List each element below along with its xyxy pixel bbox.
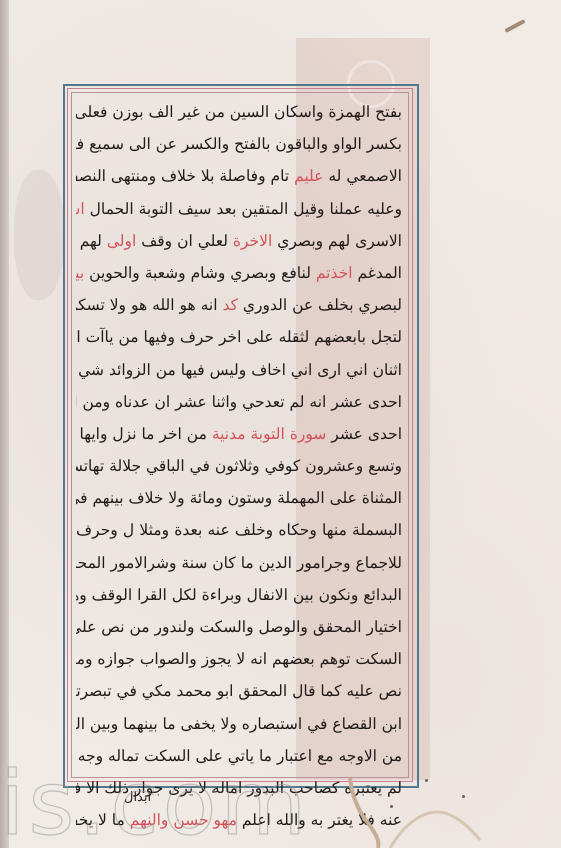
text-segment: للاجماع وجرامور الدين ما كان سنة وشرالام… — [76, 554, 402, 572]
text-segment: وعليه عملنا وقيل المتقين بعد سيف التوبة … — [85, 200, 402, 218]
manuscript-page: بفتح الهمزة واسكان السين من غير الف بوزن… — [0, 0, 561, 848]
rubric-word: عليم — [294, 167, 323, 185]
text-line: وعليه عملنا وقيل المتقين بعد سيف التوبة … — [76, 193, 402, 225]
text-line: احدى عشر سورة التوبة مدنية من اخر ما نزل… — [76, 418, 402, 450]
text-line: البدائع ونكون بين الانفال وبراءة لكل الق… — [76, 579, 402, 611]
text-segment: لبصري بخلف عن الدوري — [238, 296, 402, 314]
text-segment: الاسرى لهم وبصري — [272, 232, 402, 250]
text-segment: لنافع وبصري وشام وشعبة والحوين — [84, 264, 316, 282]
ink-mark — [504, 19, 525, 33]
text-segment: احدى عشر — [326, 425, 402, 443]
text-segment: السكت توهم بعضهم انه لا يجوز والصواب جوا… — [76, 650, 402, 668]
text-line: بفتح الهمزة واسكان السين من غير الف بوزن… — [76, 96, 402, 128]
watermark-text: is.com — [0, 760, 310, 848]
text-line: لبصري بخلف عن الدوري كد انه هو الله هو و… — [76, 289, 402, 321]
text-segment: من اخر ما نزل وايها ما ية — [76, 425, 212, 443]
text-line: وتسع وعشرون كوفي وثلاثون في الباقي جلالة… — [76, 450, 402, 482]
text-segment: انه هو الله هو ولا تسكن ميم في الارحام — [76, 296, 222, 314]
worm-damage-trail — [330, 778, 490, 848]
text-segment: البسملة منها وحكاه وخلف عنه بعدة ومثلا ل… — [76, 521, 402, 539]
text-line: الاصمعي له عليم تام وفاصلة بلا خلاف ومنت… — [76, 160, 402, 192]
text-line: اختيار المحقق والوصل والسكت ولندور من نص… — [76, 611, 402, 643]
text-line: المدغم اخذتم لنافع وبصري وشام وشعبة والح… — [76, 257, 402, 289]
text-line: للاجماع وجرامور الدين ما كان سنة وشرالام… — [76, 547, 402, 579]
text-segment: بفتح الهمزة واسكان السين من غير الف بوزن… — [76, 103, 402, 121]
text-segment: الاصمعي له — [323, 167, 402, 185]
text-segment: لعلي ان وقف — [136, 232, 233, 250]
text-segment: نص عليه كما قال المحقق ابو محمد مكي في ت… — [76, 682, 402, 700]
text-segment: تام وفاصلة بلا خلاف ومنتهى النصف للاكثري… — [76, 167, 294, 185]
rubric-word: بينهم — [76, 264, 84, 282]
text-line: الاسرى لهم وبصري الاخرة لعلي ان وقف اولى… — [76, 225, 402, 257]
text-segment: اثنان اني ارى اني اخاف وليس فيها من الزو… — [76, 361, 402, 379]
text-segment: البدائع ونكون بين الانفال وبراءة لكل الق… — [76, 586, 402, 604]
rubric-word: سورة التوبة مدنية — [212, 425, 327, 443]
text-line: بكسر الواو والباقون بالفتح والكسر عن الى… — [76, 128, 402, 160]
text-line: المثناة على المهملة وستون ومائة ولا خلاف… — [76, 482, 402, 514]
text-segment: لتجل بابعضهم لثقله على اخر حرف وفيها من … — [76, 328, 402, 346]
text-segment: لهم ولا امالة في خافوا — [76, 232, 107, 250]
text-line: اثنان اني ارى اني اخاف وليس فيها من الزو… — [76, 354, 402, 386]
text-segment: ابن القصاع في استبصاره ولا يخفى ما بينهم… — [76, 715, 402, 733]
text-segment: المدغم — [353, 264, 402, 282]
ink-dot — [212, 790, 215, 793]
text-line: احدى عشر انه لم تعدحي واثنا عشر ان عدناه… — [76, 386, 402, 418]
ink-dot — [462, 795, 465, 798]
text-line: البسملة منها وحكاه وخلف عنه بعدة ومثلا ل… — [76, 514, 402, 546]
ink-dot — [390, 805, 393, 808]
binding-edge — [0, 0, 9, 848]
rubric-word: كد — [222, 296, 238, 314]
rubric-word: اخذتم — [316, 264, 353, 282]
text-segment: بكسر الواو والباقون بالفتح والكسر عن الى… — [76, 135, 402, 153]
text-segment: احدى عشر انه لم تعدحي واثنا عشر ان عدناه… — [76, 393, 402, 411]
rubric-word: الاخرة — [233, 232, 272, 250]
manuscript-text-block: بفتح الهمزة واسكان السين من غير الف بوزن… — [76, 96, 402, 836]
text-segment: المثناة على المهملة وستون ومائة ولا خلاف… — [76, 489, 402, 507]
rubric-word: اولى — [107, 232, 136, 250]
text-line: ابن القصاع في استبصاره ولا يخفى ما بينهم… — [76, 708, 402, 740]
paper-stain — [14, 170, 64, 300]
text-line: لتجل بابعضهم لثقله على اخر حرف وفيها من … — [76, 321, 402, 353]
ink-dot — [425, 779, 428, 782]
text-line: السكت توهم بعضهم انه لا يجوز والصواب جوا… — [76, 643, 402, 675]
rubric-word: اسرى والدنيا — [76, 200, 85, 218]
text-segment: اختيار المحقق والوصل والسكت ولندور من نص… — [76, 618, 402, 636]
text-segment: وتسع وعشرون كوفي وثلاثون في الباقي جلالة… — [76, 457, 402, 475]
text-line: نص عليه كما قال المحقق ابو محمد مكي في ت… — [76, 675, 402, 707]
